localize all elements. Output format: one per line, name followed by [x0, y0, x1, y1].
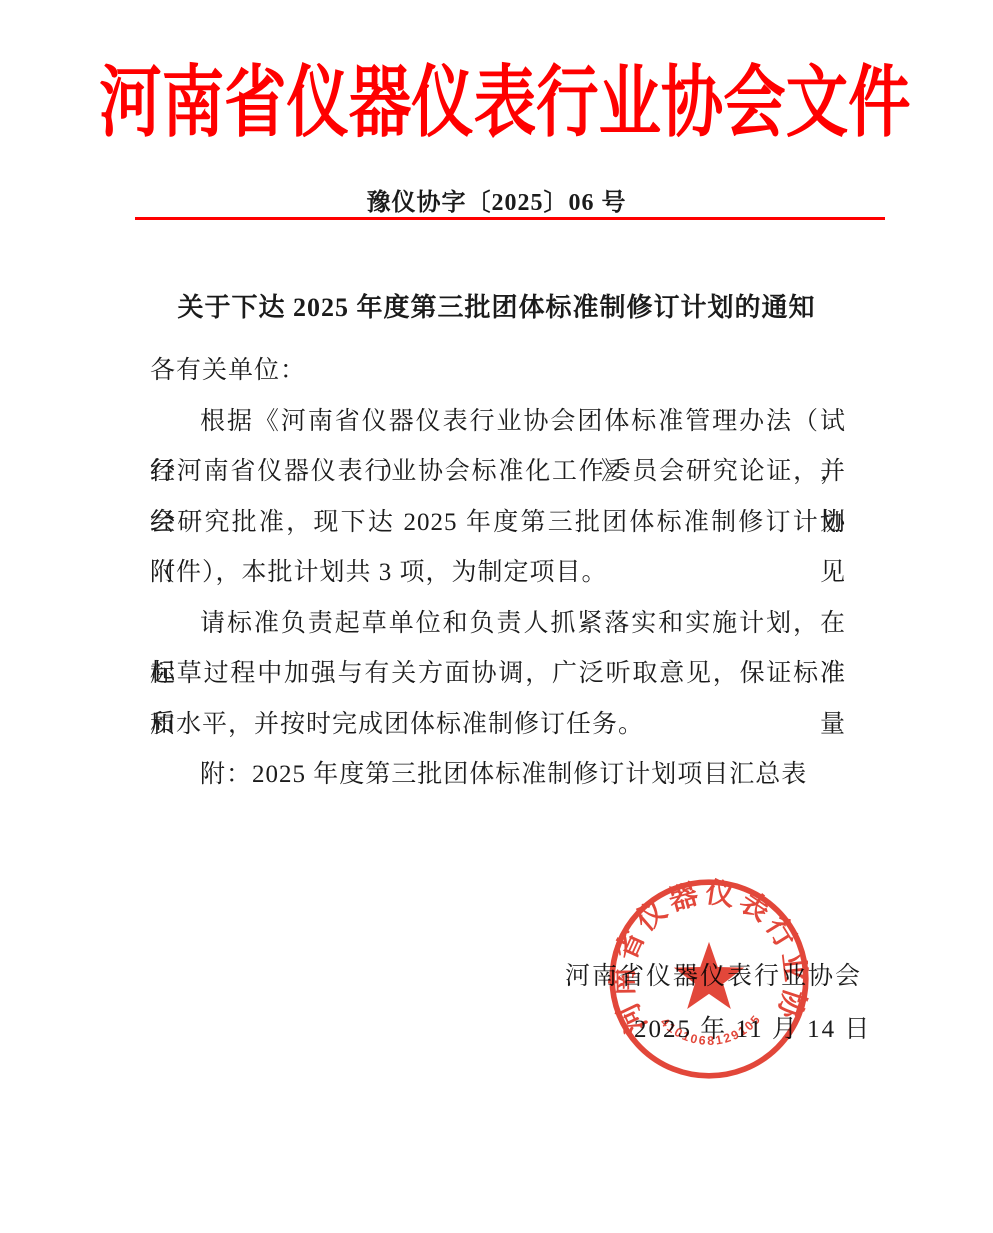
body-line: 起草过程中加强与有关方面协调，广泛听取意见，保证标准质量 [150, 649, 846, 700]
body-line: 请标准负责起草单位和负责人抓紧落实和实施计划，在标准 [150, 599, 846, 650]
body-line: 经河南省仪器仪表行业协会标准化工作委员会研究论证，并经协 [150, 447, 846, 498]
document-number: 豫仪协字〔2025〕06 号 [0, 182, 993, 217]
official-red-seal: 河南省仪器仪表行业协会 4101068129105 [606, 876, 812, 1082]
body-line: 会研究批准，现下达 2025 年度第三批团体标准制修订计划（见 [150, 498, 846, 549]
attachment-line: 附：2025 年度第三批团体标准制修订计划项目汇总表 [150, 750, 846, 801]
red-divider-rule [135, 217, 885, 220]
body-text: 各有关单位： 根据《河南省仪器仪表行业协会团体标准管理办法（试行）》， 经河南省… [150, 346, 846, 801]
seal-serial-holder: 4101068129105 [658, 1011, 764, 1048]
body-line: 根据《河南省仪器仪表行业协会团体标准管理办法（试行）》， [150, 397, 846, 448]
red-header-org-title: 河南省仪器仪表行业协会文件 [99, 56, 893, 148]
notice-title: 关于下达 2025 年度第三批团体标准制修订计划的通知 [0, 287, 993, 324]
seal-star-icon [674, 942, 744, 1009]
salutation-line: 各有关单位： [150, 346, 846, 397]
document-page: 河南省仪器仪表行业协会文件 豫仪协字〔2025〕06 号 关于下达 2025 年… [0, 0, 993, 1233]
seal-serial-number: 4101068129105 [658, 1011, 764, 1048]
